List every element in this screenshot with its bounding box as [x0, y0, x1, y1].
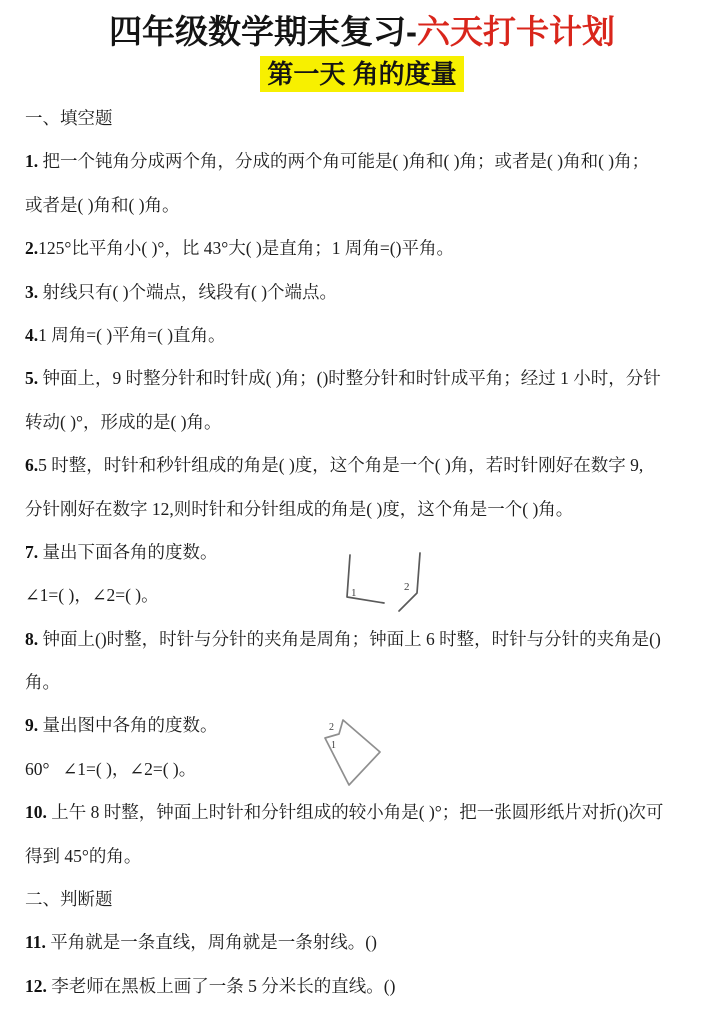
question-text: 射线只有( )个端点，线段有( )个端点。	[38, 282, 337, 302]
question-number: 10.	[25, 802, 47, 822]
question-text: 平角就是一条直线，周角就是一条射线。()	[46, 932, 377, 952]
question-6-line-2: 分针刚好在数字 12,则时针和分针组成的角是( )度，这个角是一个( )角。	[25, 488, 724, 531]
title-accent: 六天打卡计划	[417, 13, 615, 50]
question-text: 转动( )°，形成的是( )角。	[25, 412, 222, 432]
question-text: 分针刚好在数字 12,则时针和分针组成的角是( )度，这个角是一个( )角。	[25, 499, 573, 519]
question-10-line-1: 10. 上午 8 时整，钟面上时针和分针组成的较小角是( )°；把一张圆形纸片对…	[25, 791, 724, 834]
question-12-line-1: 12. 李老师在黑板上画了一条 5 分米长的直线。()	[25, 965, 724, 1008]
question-11-line-1: 11. 平角就是一条直线，周角就是一条射线。()	[25, 921, 724, 964]
question-number: 9.	[25, 715, 38, 735]
question-1-line-2: 或者是( )角和( )角。	[25, 184, 724, 227]
figure-angle-1-label: 1	[351, 587, 357, 599]
question-number: 5.	[25, 368, 38, 388]
question-text: 李老师在黑板上画了一条 5 分米长的直线。()	[47, 976, 396, 996]
angle-measure-figure: 1 2	[336, 543, 436, 618]
question-4-line-1: 4.1 周角=( )平角=( )直角。	[25, 314, 724, 357]
question-6-line-1: 6.5 时整，时针和秒针组成的角是( )度，这个角是一个( )角，若时针刚好在数…	[25, 444, 724, 487]
question-8-line-2: 角。	[25, 661, 724, 704]
question-5-line-2: 转动( )°，形成的是( )角。	[25, 401, 724, 444]
question-text: 5 时整，时针和秒针组成的角是( )度，这个角是一个( )角，若时针刚好在数字 …	[38, 455, 643, 475]
question-number: 8.	[25, 629, 38, 649]
question-text: 得到 45°的角。	[25, 846, 141, 866]
section-heading-fill-blanks: 一、填空题	[25, 97, 724, 140]
question-number: 7.	[25, 542, 38, 562]
question-number: 6.	[25, 455, 38, 475]
page-subtitle: 第一天 角的度量	[260, 56, 463, 92]
subtitle-row: 第一天 角的度量	[0, 56, 724, 92]
question-text: 125°比平角小( )°，比 43°大( )是直角；1 周角=()平角。	[38, 238, 454, 258]
question-number: 4.	[25, 325, 38, 345]
section-heading-true-false: 二、判断题	[25, 878, 724, 921]
question-1-line-1: 1. 把一个钝角分成两个角，分成的两个角可能是( )角和( )角；或者是( )角…	[25, 140, 724, 183]
question-text: 把一个钝角分成两个角，分成的两个角可能是( )角和( )角；或者是( )角和( …	[38, 151, 649, 171]
question-text: 钟面上()时整，时针与分针的夹角是周角；钟面上 6 时整，时针与分针的夹角是()	[38, 629, 661, 649]
question-3-line-1: 3. 射线只有( )个端点，线段有( )个端点。	[25, 271, 724, 314]
question-text: 钟面上，9 时整分针和时针成( )角；()时整分针和时针成平角；经过 1 小时，…	[38, 368, 661, 388]
dart-figure: 2 1	[316, 710, 391, 795]
dart-angle-2-label: 2	[329, 722, 334, 733]
question-text: 角。	[25, 672, 60, 692]
question-text: 上午 8 时整，钟面上时针和分针组成的较小角是( )°；把一张圆形纸片对折()次…	[47, 802, 664, 822]
question-text: 量出图中各角的度数。	[38, 715, 217, 735]
question-text: 或者是( )角和( )角。	[25, 195, 180, 215]
figure-angle-2-label: 2	[404, 581, 410, 593]
dart-angle-1-label: 1	[331, 740, 336, 751]
question-number: 2.	[25, 238, 38, 258]
question-2-line-1: 2.125°比平角小( )°，比 43°大( )是直角；1 周角=()平角。	[25, 227, 724, 270]
question-8-line-1: 8. 钟面上()时整，时针与分针的夹角是周角；钟面上 6 时整，时针与分针的夹角…	[25, 618, 724, 661]
question-number: 11.	[25, 932, 46, 952]
question-5-line-1: 5. 钟面上，9 时整分针和时针成( )角；()时整分针和时针成平角；经过 1 …	[25, 357, 724, 400]
question-text: ∠1=( )，∠2=( )。	[25, 585, 159, 605]
question-text: 量出下面各角的度数。	[38, 542, 217, 562]
question-text: 1 周角=( )平角=( )直角。	[38, 325, 225, 345]
question-number: 3.	[25, 282, 38, 302]
question-number: 12.	[25, 976, 47, 996]
title-main: 四年级数学期末复习-	[109, 13, 417, 50]
page-title: 四年级数学期末复习-六天打卡计划	[0, 13, 724, 51]
question-10-line-2: 得到 45°的角。	[25, 835, 724, 878]
worksheet-page: 四年级数学期末复习-六天打卡计划 第一天 角的度量 一、填空题 1. 把一个钝角…	[0, 0, 724, 1024]
question-text: 60° ∠1=( )，∠2=( )。	[25, 759, 196, 779]
question-number: 1.	[25, 151, 38, 171]
